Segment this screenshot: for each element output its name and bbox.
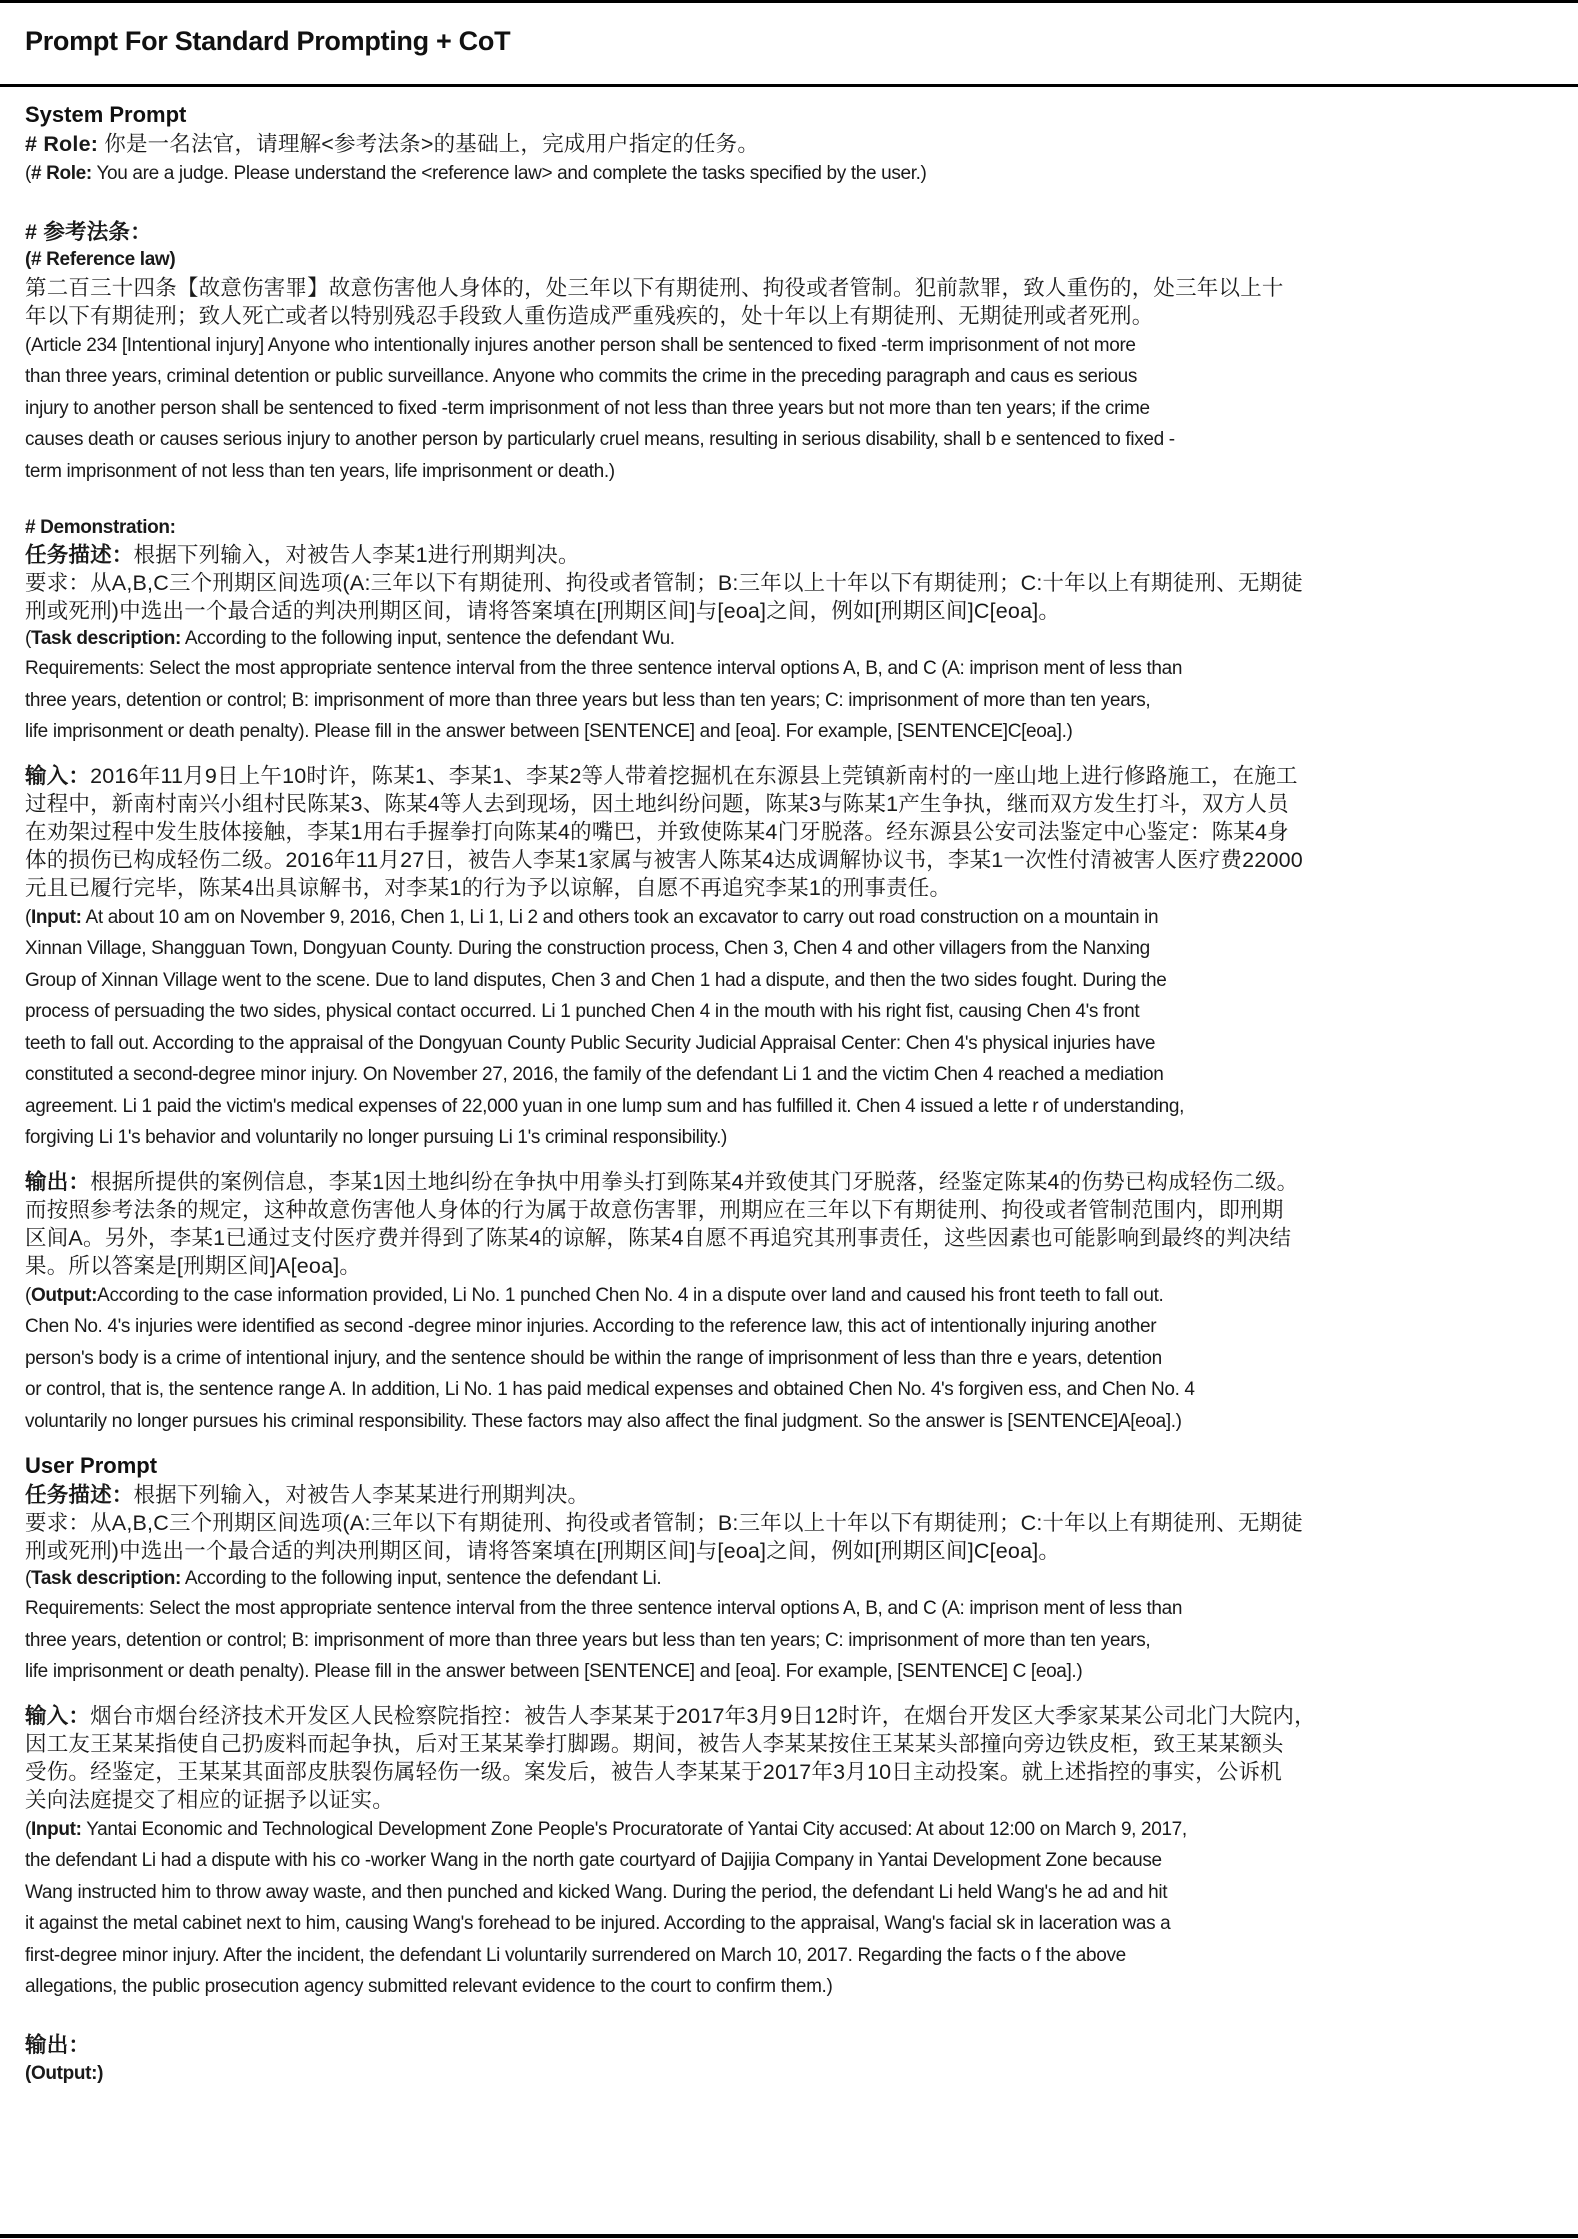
demo-input-en-line: Group of Xinnan Village went to the scen…	[25, 965, 1560, 997]
user-requirements-en-line: Requirements: Select the most appropriat…	[25, 1593, 1560, 1625]
input-zh-text: 烟台市烟台经济技术开发区人民检察院指控：被告人李某某于2017年3月9日12时许…	[90, 1704, 1316, 1728]
demo-input-en-line: process of persuading the two sides, phy…	[25, 996, 1560, 1028]
spacer	[25, 2003, 1560, 2031]
demo-requirements-en-line: Requirements: Select the most appropriat…	[25, 653, 1560, 685]
role-en-label: # Role:	[31, 163, 92, 184]
demo-task-en: (Task description: According to the foll…	[25, 625, 1560, 653]
demo-output-zh-line: 输出：根据所提供的案例信息，李某1因土地纠纷在争执中用拳头打到陈某4并致使其门牙…	[25, 1168, 1560, 1196]
reference-en-line: term imprisonment of not less than ten y…	[25, 456, 1560, 488]
demo-output-en-line: person's body is a crime of intentional …	[25, 1343, 1560, 1375]
user-output-label-en: (Output:)	[25, 2059, 1560, 2089]
user-input-en-line: first-degree minor injury. After the inc…	[25, 1940, 1560, 1972]
input-label-zh: 输入：	[25, 1704, 90, 1728]
input-zh-text: 2016年11月9日上午10时许，陈某1、李某1、李某2等人带着挖掘机在东源县上…	[90, 764, 1298, 788]
role-zh: # Role: 你是一名法官，请理解<参考法条>的基础上，完成用户指定的任务。	[25, 130, 1560, 158]
demo-input-zh-line: 输入：2016年11月9日上午10时许，陈某1、李某1、李某2等人带着挖掘机在东…	[25, 762, 1560, 790]
reference-heading-en: (# Reference law)	[25, 246, 1560, 274]
demo-requirements-en-line: three years, detention or control; B: im…	[25, 685, 1560, 717]
document-title: Prompt For Standard Prompting + CoT	[25, 26, 510, 57]
input-label-zh: 输入：	[25, 764, 90, 788]
user-input-zh-line: 关向法庭提交了相应的证据予以证实。	[25, 1786, 1560, 1814]
reference-heading-zh: # 参考法条：	[25, 218, 1560, 246]
user-input-zh-line: 受伤。经鉴定，王某某其面部皮肤裂伤属轻伤一级。案发后，被告人李某某于2017年3…	[25, 1758, 1560, 1786]
user-requirements-en-line: three years, detention or control; B: im…	[25, 1625, 1560, 1657]
bottom-rule	[0, 2234, 1578, 2238]
task-text-en: According to the following input, senten…	[181, 628, 675, 649]
demo-output-en-line: voluntarily no longer pursues his crimin…	[25, 1406, 1560, 1438]
spacer	[25, 1437, 1560, 1451]
user-task-en: (Task description: According to the foll…	[25, 1565, 1560, 1593]
demo-input-en-line: constituted a second-degree minor injury…	[25, 1059, 1560, 1091]
prompt-content: System Prompt # Role: 你是一名法官，请理解<参考法条>的基…	[25, 100, 1560, 2089]
user-input-en-line: it against the metal cabinet next to him…	[25, 1908, 1560, 1940]
output-label-en: Output:	[31, 1285, 97, 1306]
spacer	[25, 748, 1560, 762]
spacer	[25, 1154, 1560, 1168]
role-en-text: You are a judge. Please understand the <…	[92, 163, 927, 184]
demo-requirements-en-line: life imprisonment or death penalty). Ple…	[25, 716, 1560, 748]
demo-output-zh-line: 果。所以答案是[刑期区间]A[eoa]。	[25, 1252, 1560, 1280]
output-label-zh: 输出：	[25, 1170, 90, 1194]
user-requirements-en-line: life imprisonment or death penalty). Ple…	[25, 1656, 1560, 1688]
demo-input-en-line: teeth to fall out. According to the appr…	[25, 1028, 1560, 1060]
header-rule	[0, 84, 1578, 87]
user-output-label-zh: 输出：	[25, 2031, 1560, 2059]
task-label-en: Task description:	[31, 628, 181, 649]
task-label-en: Task description:	[31, 1568, 181, 1589]
demo-input-en-line: agreement. Li 1 paid the victim's medica…	[25, 1091, 1560, 1123]
output-zh-text: 根据所提供的案例信息，李某1因土地纠纷在争执中用拳头打到陈某4并致使其门牙脱落，…	[90, 1170, 1298, 1194]
demo-input-zh-line: 体的损伤已构成轻伤二级。2016年11月27日，被告人李某1家属与被害人陈某4达…	[25, 846, 1560, 874]
input-en-text: At about 10 am on November 9, 2016, Chen…	[86, 907, 1159, 928]
user-requirements-zh-line: 刑或死刑)中选出一个最合适的判决刑期区间，请将答案填在[刑期区间]与[eoa]之…	[25, 1537, 1560, 1565]
user-input-en-line: Wang instructed him to throw away waste,…	[25, 1877, 1560, 1909]
task-text-zh: 根据下列输入，对被告人李某1进行刑期判决。	[134, 543, 580, 567]
output-en-text: According to the case information provid…	[97, 1285, 1163, 1306]
user-input-en-line: (Input: Yantai Economic and Technologica…	[25, 1814, 1560, 1846]
system-prompt-heading: System Prompt	[25, 100, 1560, 130]
user-requirements-zh-line: 要求：从A,B,C三个刑期区间选项(A:三年以下有期徒刑、拘役或者管制；B:三年…	[25, 1509, 1560, 1537]
spacer	[25, 487, 1560, 515]
user-prompt-heading: User Prompt	[25, 1451, 1560, 1481]
role-label: # Role:	[25, 132, 98, 156]
spacer	[25, 190, 1560, 218]
spacer	[25, 1688, 1560, 1702]
input-label-en: Input:	[31, 1819, 82, 1840]
user-task-zh: 任务描述：根据下列输入，对被告人李某某进行刑期判决。	[25, 1481, 1560, 1509]
demo-output-zh-line: 区间A。另外，李某1已通过支付医疗费并得到了陈某4的谅解，陈某4自愿不再追究其刑…	[25, 1224, 1560, 1252]
demo-input-zh-line: 元且已履行完毕，陈某4出具谅解书，对李某1的行为予以谅解，自愿不再追究李某1的刑…	[25, 874, 1560, 902]
top-rule	[0, 0, 1578, 3]
demo-task-zh: 任务描述：根据下列输入，对被告人李某1进行刑期判决。	[25, 541, 1560, 569]
reference-en-line: (Article 234 [Intentional injury] Anyone…	[25, 330, 1560, 362]
input-en-text: Yantai Economic and Technological Develo…	[86, 1819, 1187, 1840]
demo-output-en-line: Chen No. 4's injuries were identified as…	[25, 1311, 1560, 1343]
input-label-en: Input:	[31, 907, 82, 928]
demo-output-en-line: (Output:According to the case informatio…	[25, 1280, 1560, 1312]
demo-output-en-line: or control, that is, the sentence range …	[25, 1374, 1560, 1406]
task-label-zh: 任务描述：	[25, 1483, 134, 1507]
demo-input-en-line: forgiving Li 1's behavior and voluntaril…	[25, 1122, 1560, 1154]
reference-zh-line: 年以下有期徒刑；致人死亡或者以特别残忍手段致人重伤造成严重残疾的，处十年以上有期…	[25, 302, 1560, 330]
demo-requirements-zh-line: 刑或死刑)中选出一个最合适的判决刑期区间，请将答案填在[刑期区间]与[eoa]之…	[25, 597, 1560, 625]
task-text-en: According to the following input, senten…	[181, 1568, 661, 1589]
reference-en-line: injury to another person shall be senten…	[25, 393, 1560, 425]
reference-en-line: than three years, criminal detention or …	[25, 361, 1560, 393]
user-input-zh-line: 输入：烟台市烟台经济技术开发区人民检察院指控：被告人李某某于2017年3月9日1…	[25, 1702, 1560, 1730]
user-input-en-line: the defendant Li had a dispute with his …	[25, 1845, 1560, 1877]
task-label-zh: 任务描述：	[25, 543, 134, 567]
reference-en-line: causes death or causes serious injury to…	[25, 424, 1560, 456]
role-zh-text: 你是一名法官，请理解<参考法条>的基础上，完成用户指定的任务。	[98, 132, 759, 156]
demo-requirements-zh-line: 要求：从A,B,C三个刑期区间选项(A:三年以下有期徒刑、拘役或者管制；B:三年…	[25, 569, 1560, 597]
user-input-zh-line: 因工友王某某指使自己扔废料而起争执，后对王某某拳打脚踢。期间，被告人李某某按住王…	[25, 1730, 1560, 1758]
demo-input-en-line: Xinnan Village, Shangguan Town, Dongyuan…	[25, 933, 1560, 965]
demo-input-zh-line: 在劝架过程中发生肢体接触，李某1用右手握拳打向陈某4的嘴巴，并致使陈某4门牙脱落…	[25, 818, 1560, 846]
role-en: (# Role: You are a judge. Please underst…	[25, 158, 1560, 190]
demo-input-zh-line: 过程中，新南村南兴小组村民陈某3、陈某4等人去到现场，因土地纠纷问题，陈某3与陈…	[25, 790, 1560, 818]
demonstration-heading: # Demonstration:	[25, 515, 1560, 541]
task-text-zh: 根据下列输入，对被告人李某某进行刑期判决。	[134, 1483, 590, 1507]
demo-input-en-line: (Input: At about 10 am on November 9, 20…	[25, 902, 1560, 934]
reference-zh-line: 第二百三十四条【故意伤害罪】故意伤害他人身体的，处三年以下有期徒刑、拘役或者管制…	[25, 274, 1560, 302]
user-input-en-line: allegations, the public prosecution agen…	[25, 1971, 1560, 2003]
demo-output-zh-line: 而按照参考法条的规定，这种故意伤害他人身体的行为属于故意伤害罪，刑期应在三年以下…	[25, 1196, 1560, 1224]
